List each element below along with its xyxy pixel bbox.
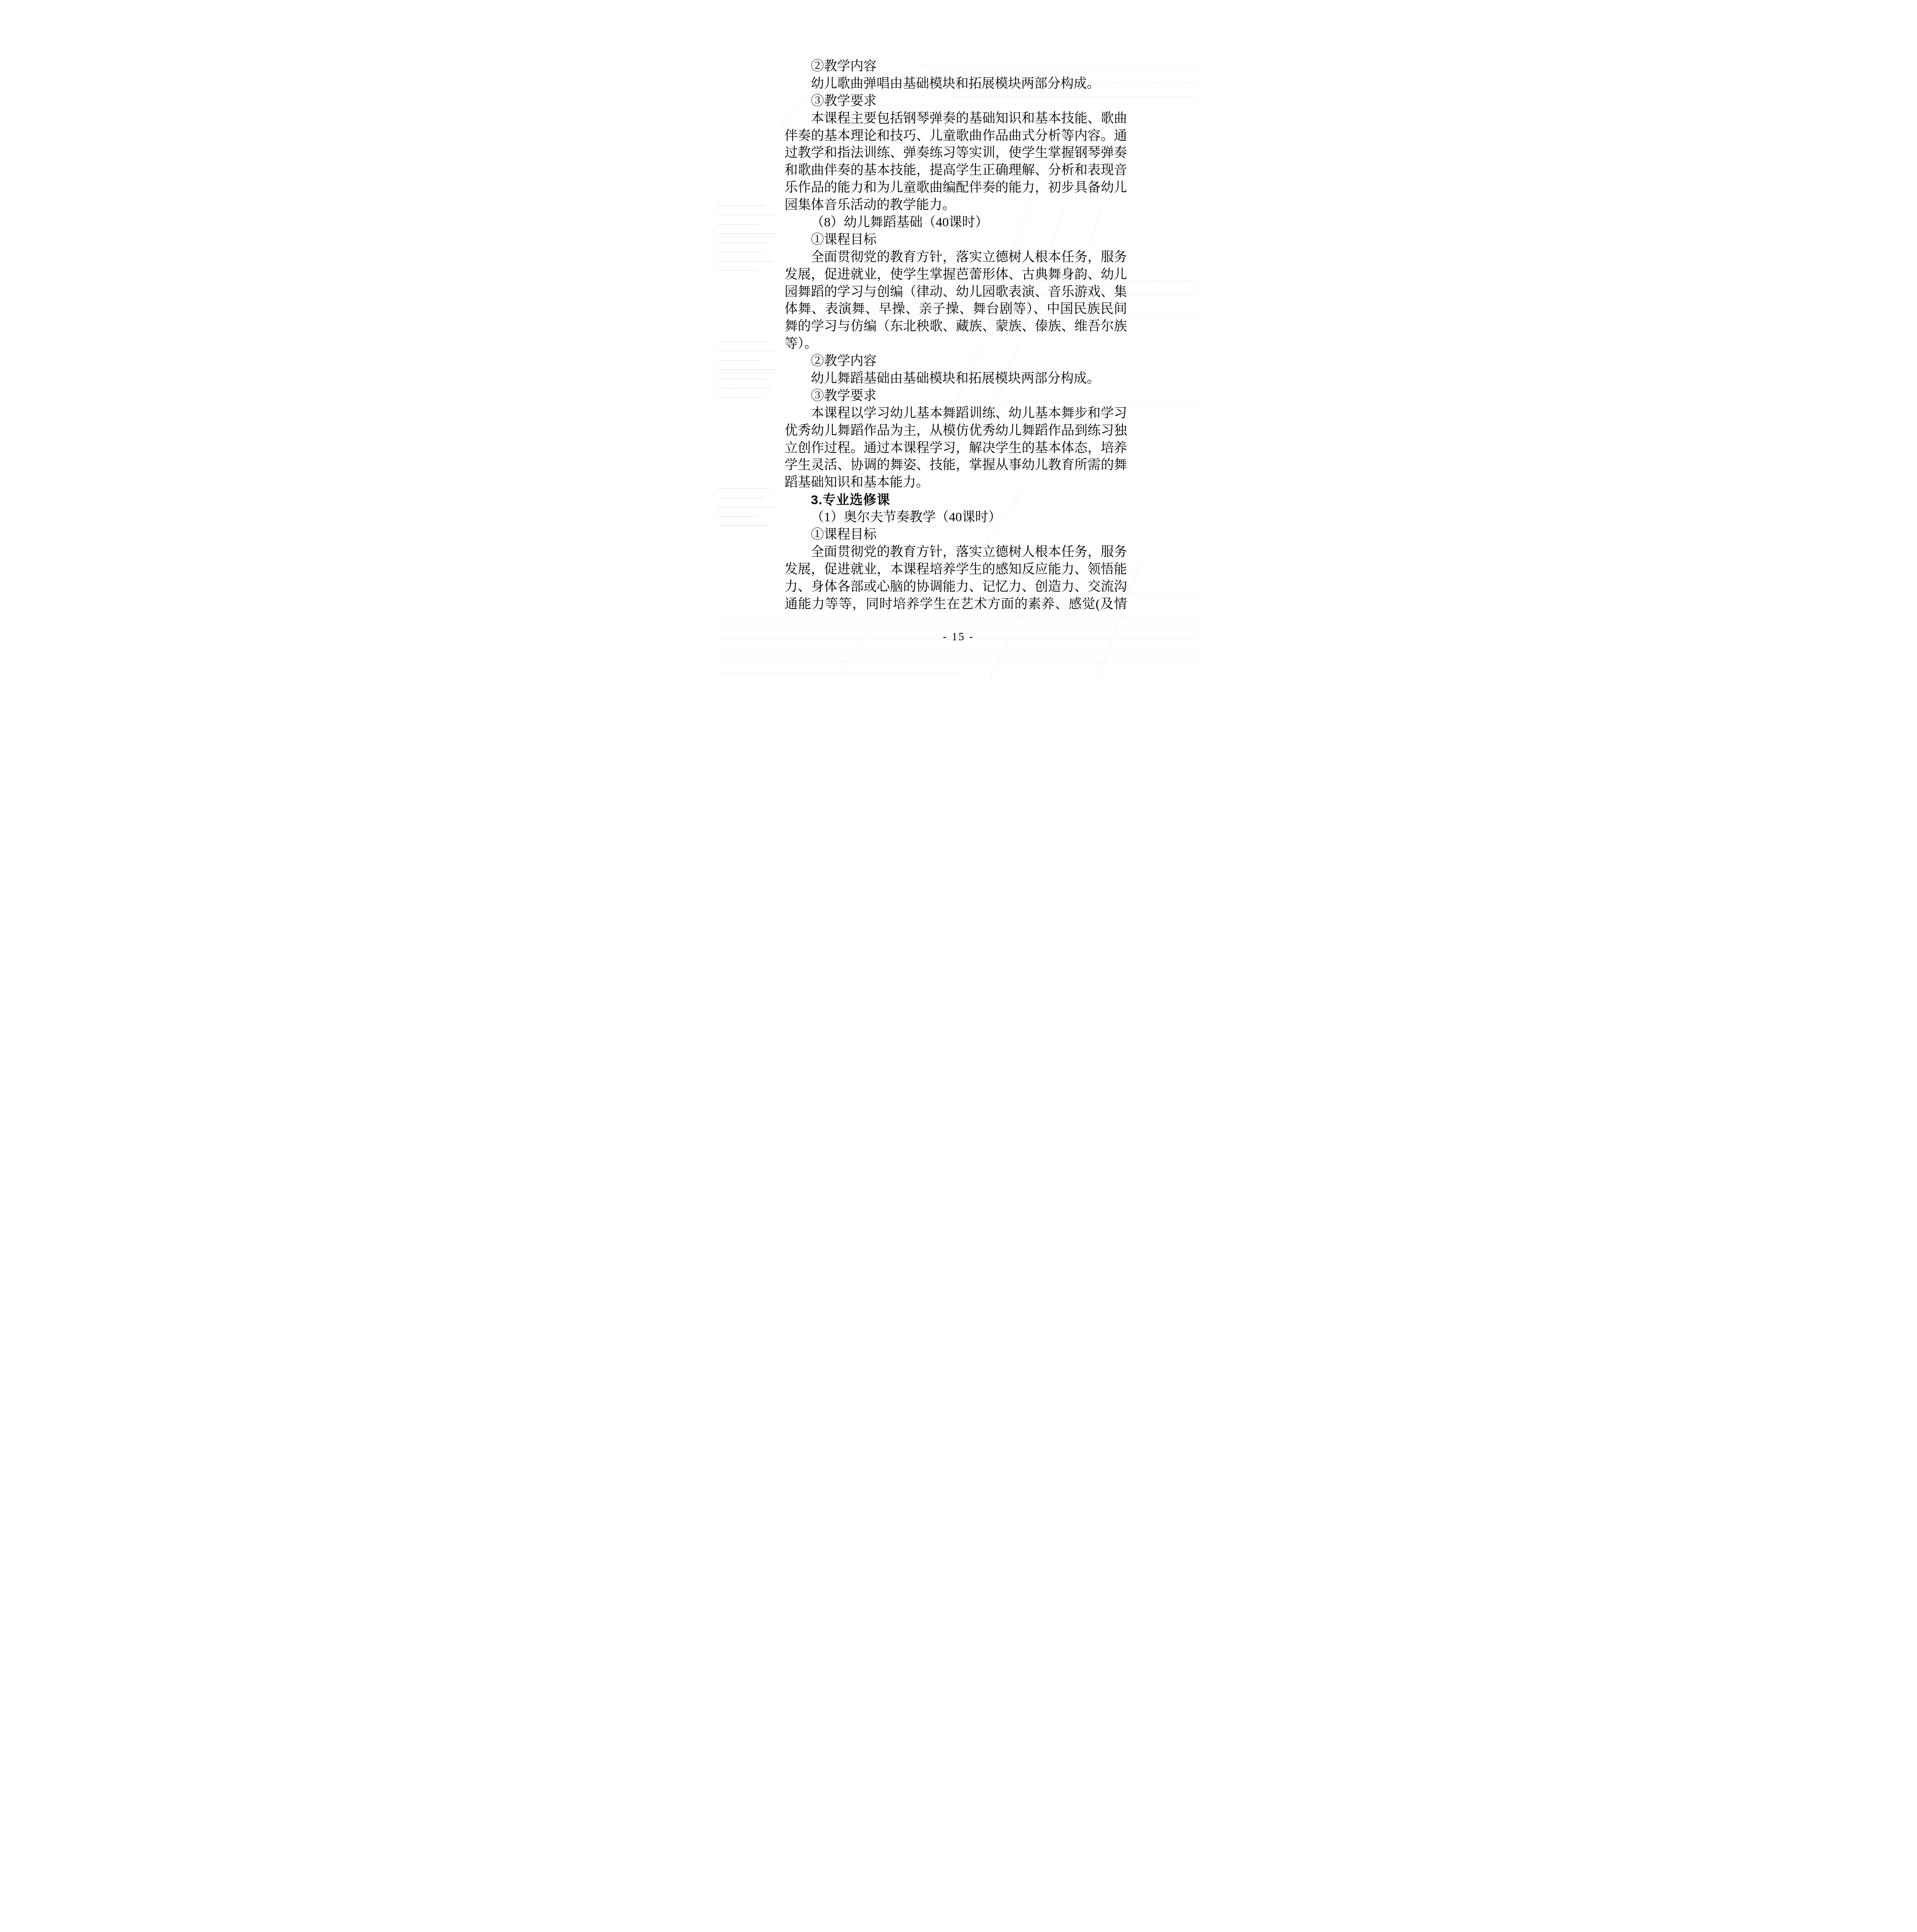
scan-artifact <box>719 397 761 398</box>
text-line: 舞的学习与仿编（东北秧歌、藏族、蒙族、傣族、维吾尔族 <box>785 318 1127 335</box>
text-line: ①课程目标 <box>785 526 1127 544</box>
scan-artifact <box>719 243 769 243</box>
text-line: 发展，促进就业，本课程培养学生的感知反应能力、领悟能 <box>785 561 1127 578</box>
document-page: ②教学内容幼儿歌曲弹唱由基础模块和拓展模块两部分构成。③教学要求本课程主要包括钢… <box>719 0 1198 678</box>
text-line: 体舞、表演舞、早操、亲子操、舞台剧等）、中国民族民间 <box>785 301 1127 318</box>
scan-artifact <box>719 360 759 361</box>
text-line: （8）幼儿舞蹈基础（40课时） <box>785 214 1127 231</box>
scan-artifact <box>719 261 773 262</box>
text-line: 伴奏的基本理论和技巧、儿童歌曲作品曲式分析等内容。通 <box>785 128 1127 145</box>
text-line: ③教学要求 <box>785 388 1127 405</box>
scan-artifact <box>719 498 763 498</box>
page-number: - 15 - <box>719 631 1198 643</box>
scan-artifact <box>719 206 765 206</box>
document-body: ②教学内容幼儿歌曲弹唱由基础模块和拓展模块两部分构成。③教学要求本课程主要包括钢… <box>785 58 1127 613</box>
text-line: 乐作品的能力和为儿童歌曲编配伴奏的能力，初步具备幼儿 <box>785 179 1127 197</box>
text-line: 和歌曲伴奏的基本技能，提高学生正确理解、分析和表现音 <box>785 162 1127 179</box>
scan-artifact <box>719 650 1198 650</box>
text-line: 全面贯彻党的教育方针，落实立德树人根本任务，服务 <box>785 249 1127 266</box>
text-line: 园舞蹈的学习与创编（律动、幼儿园歌表演、音乐游戏、集 <box>785 284 1127 301</box>
scan-artifact <box>719 628 1198 629</box>
scan-artifact <box>719 388 771 388</box>
scan-artifact <box>719 252 761 252</box>
text-line: 幼儿舞蹈基础由基础模块和拓展模块两部分构成。 <box>785 370 1127 388</box>
text-line: 幼儿歌曲弹唱由基础模块和拓展模块两部分构成。 <box>785 75 1127 93</box>
text-line: 立创作过程。通过本课程学习，解决学生的基本体态，培养 <box>785 440 1127 457</box>
scan-artifact <box>719 617 1198 618</box>
text-line: ①课程目标 <box>785 231 1127 249</box>
scan-artifact <box>719 662 1198 662</box>
text-line: 等）。 <box>785 335 1127 353</box>
text-line: 发展，促进就业，使学生掌握芭蕾形体、古典舞身韵、幼儿 <box>785 266 1127 284</box>
scan-artifact <box>719 215 775 215</box>
scan-artifact <box>719 379 765 379</box>
text-line: ②教学内容 <box>785 58 1127 75</box>
text-line: ②教学内容 <box>785 353 1127 370</box>
scan-artifact <box>719 507 773 507</box>
text-line: 蹈基础知识和基本能力。 <box>785 474 1127 492</box>
text-line: 优秀幼儿舞蹈作品为主，从模仿优秀幼儿舞蹈作品到练习独 <box>785 422 1127 440</box>
text-line: （1）奥尔夫节奏教学（40课时） <box>785 509 1127 526</box>
scan-artifact <box>719 369 777 370</box>
text-line: 通能力等等，同时培养学生在艺术方面的素养、感觉(及情感 <box>785 596 1127 613</box>
text-line: 全面贯彻党的教育方针，落实立德树人根本任务，服务 <box>785 544 1127 561</box>
scan-artifact <box>719 233 777 234</box>
scan-artifact <box>719 526 767 526</box>
text-line: 学生灵活、协调的舞姿、技能，掌握从事幼儿教育所需的舞 <box>785 457 1127 474</box>
scan-artifact <box>719 224 758 224</box>
scan-artifact <box>719 516 758 517</box>
scan-artifact <box>719 342 767 342</box>
text-line: 过教学和指法训练、弹奏练习等实训，使学生掌握钢琴弹奏 <box>785 145 1127 162</box>
text-line: 本课程以学习幼儿基本舞蹈训练、幼儿基本舞步和学习 <box>785 405 1127 422</box>
text-line: 3.专业选修课 <box>785 492 1127 509</box>
text-line: 园集体音乐活动的教学能力。 <box>785 197 1127 214</box>
text-line: ③教学要求 <box>785 93 1127 110</box>
scan-artifact <box>719 672 958 673</box>
scan-artifact <box>719 270 756 271</box>
scan-artifact <box>719 351 773 351</box>
scan-artifact <box>719 488 769 489</box>
text-line: 力、身体各部或心脑的协调能力、记忆力、创造力、交流沟 <box>785 578 1127 596</box>
text-line: 本课程主要包括钢琴弹奏的基础知识和基本技能、歌曲 <box>785 110 1127 128</box>
